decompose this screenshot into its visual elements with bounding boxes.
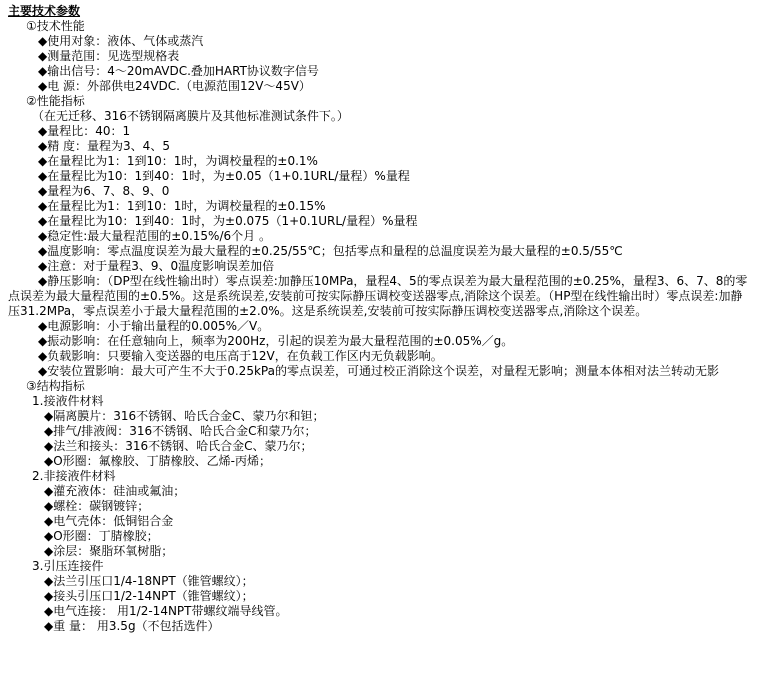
- spec-line-power-supply: ◆电 源：外部供电24VDC.（电源范围12V～45V）: [8, 79, 749, 94]
- subsection-heading-wetted-materials: 1.接液件材料: [8, 394, 749, 409]
- spec-line-temperature-effect: ◆温度影响：零点温度误差为最大量程的±0.25/55℃；包括零点和量程的总温度误…: [8, 244, 749, 259]
- spec-line-vibration-effect: ◆振动影响：在任意轴向上，频率为200Hz，引起的误差为最大量程范围的±0.05…: [8, 334, 749, 349]
- spec-line-temperature-note: ◆注意：对于量程3、9、0温度影响误差加倍: [8, 259, 749, 274]
- spec-line-electrical-connection: ◆电气连接： 用1/2-14NPT带螺纹端导线管。: [8, 604, 749, 619]
- section-heading-technical-performance: ①技术性能: [8, 19, 749, 34]
- spec-line-o-ring-non-wetted: ◆O形圈：丁腈橡胶；: [8, 529, 749, 544]
- spec-line-bolts: ◆螺栓：碳钢镀锌；: [8, 499, 749, 514]
- spec-line-accuracy2-range-10-40: ◆在量程比为10：1到40：1时，为±0.075（1+0.1URL/量程）%量程: [8, 214, 749, 229]
- subsection-heading-pressure-connections: 3.引压连接件: [8, 559, 749, 574]
- spec-line-static-pressure-effect: ◆静压影响：（DP型在线性输出时）零点误差:加静压10MPa，量程4、5的零点误…: [8, 274, 749, 319]
- spec-line-weight: ◆重 量： 用3.5g（不包括选件）: [8, 619, 749, 634]
- spec-line-electrical-housing: ◆电气壳体：低铜铝合金: [8, 514, 749, 529]
- spec-line-adapter-pressure-port: ◆接头引压口1/2-14NPT（锥管螺纹）；: [8, 589, 749, 604]
- spec-line-vent-drain-valve: ◆排气/排液阀：316不锈钢、哈氏合金C和蒙乃尔；: [8, 424, 749, 439]
- spec-line-flange-pressure-port: ◆法兰引压口1/4-18NPT（锥管螺纹）；: [8, 574, 749, 589]
- spec-line-measure-range: ◆测量范围：见选型规格表: [8, 49, 749, 64]
- spec-line-accuracy-range-10-40: ◆在量程比为10：1到40：1时，为±0.05（1+0.1URL/量程）%量程: [8, 169, 749, 184]
- subsection-heading-non-wetted-materials: 2.非接液件材料: [8, 469, 749, 484]
- spec-line-stability: ◆稳定性:最大量程范围的±0.15%/6个月 。: [8, 229, 749, 244]
- doc-title: 主要技术参数: [8, 4, 749, 19]
- spec-line-flange-adapter: ◆法兰和接头：316不锈钢、哈氏合金C、蒙乃尔；: [8, 439, 749, 454]
- spec-line-coating: ◆涂层：聚脂环氧树脂；: [8, 544, 749, 559]
- spec-line-output-signal: ◆输出信号：4～20mAVDC.叠加HART协议数字信号: [8, 64, 749, 79]
- spec-line-o-ring-wetted: ◆O形圈：氟橡胶、丁腈橡胶、乙烯-丙烯；: [8, 454, 749, 469]
- spec-line-accuracy: ◆精 度：量程为3、4、5: [8, 139, 749, 154]
- spec-document: 主要技术参数 ①技术性能 ◆使用对象：液体、气体或蒸汽 ◆测量范围：见选型规格表…: [8, 4, 749, 634]
- spec-line-accuracy2-range-1-10: ◆在量程比为1：1到10：1时，为调校量程的±0.15%: [8, 199, 749, 214]
- spec-line-mounting-position-effect: ◆安装位置影响：最大可产生不大于0.25kPa的零点误差，可通过校正消除这个误差…: [8, 364, 749, 379]
- spec-line-fill-fluid: ◆灌充液体：硅油或氟油；: [8, 484, 749, 499]
- spec-line-accuracy-range-1-10: ◆在量程比为1：1到10：1时，为调校量程的±0.1%: [8, 154, 749, 169]
- spec-line-power-effect: ◆电源影响：小于输出量程的0.005%／V。: [8, 319, 749, 334]
- section-heading-structure-index: ③结构指标: [8, 379, 749, 394]
- spec-line-application-object: ◆使用对象：液体、气体或蒸汽: [8, 34, 749, 49]
- section-note-test-conditions: （在无迁移、316不锈钢隔离膜片及其他标准测试条件下。）: [8, 109, 749, 124]
- section-heading-performance-index: ②性能指标: [8, 94, 749, 109]
- spec-line-range-group: ◆量程为6、7、8、9、0: [8, 184, 749, 199]
- spec-line-turndown-ratio: ◆量程比：40：1: [8, 124, 749, 139]
- spec-line-load-effect: ◆负载影响：只要输入变送器的电压高于12V，在负载工作区内无负载影响。: [8, 349, 749, 364]
- spec-line-isolation-diaphragm: ◆隔离膜片：316不锈钢、哈氏合金C、蒙乃尔和钽；: [8, 409, 749, 424]
